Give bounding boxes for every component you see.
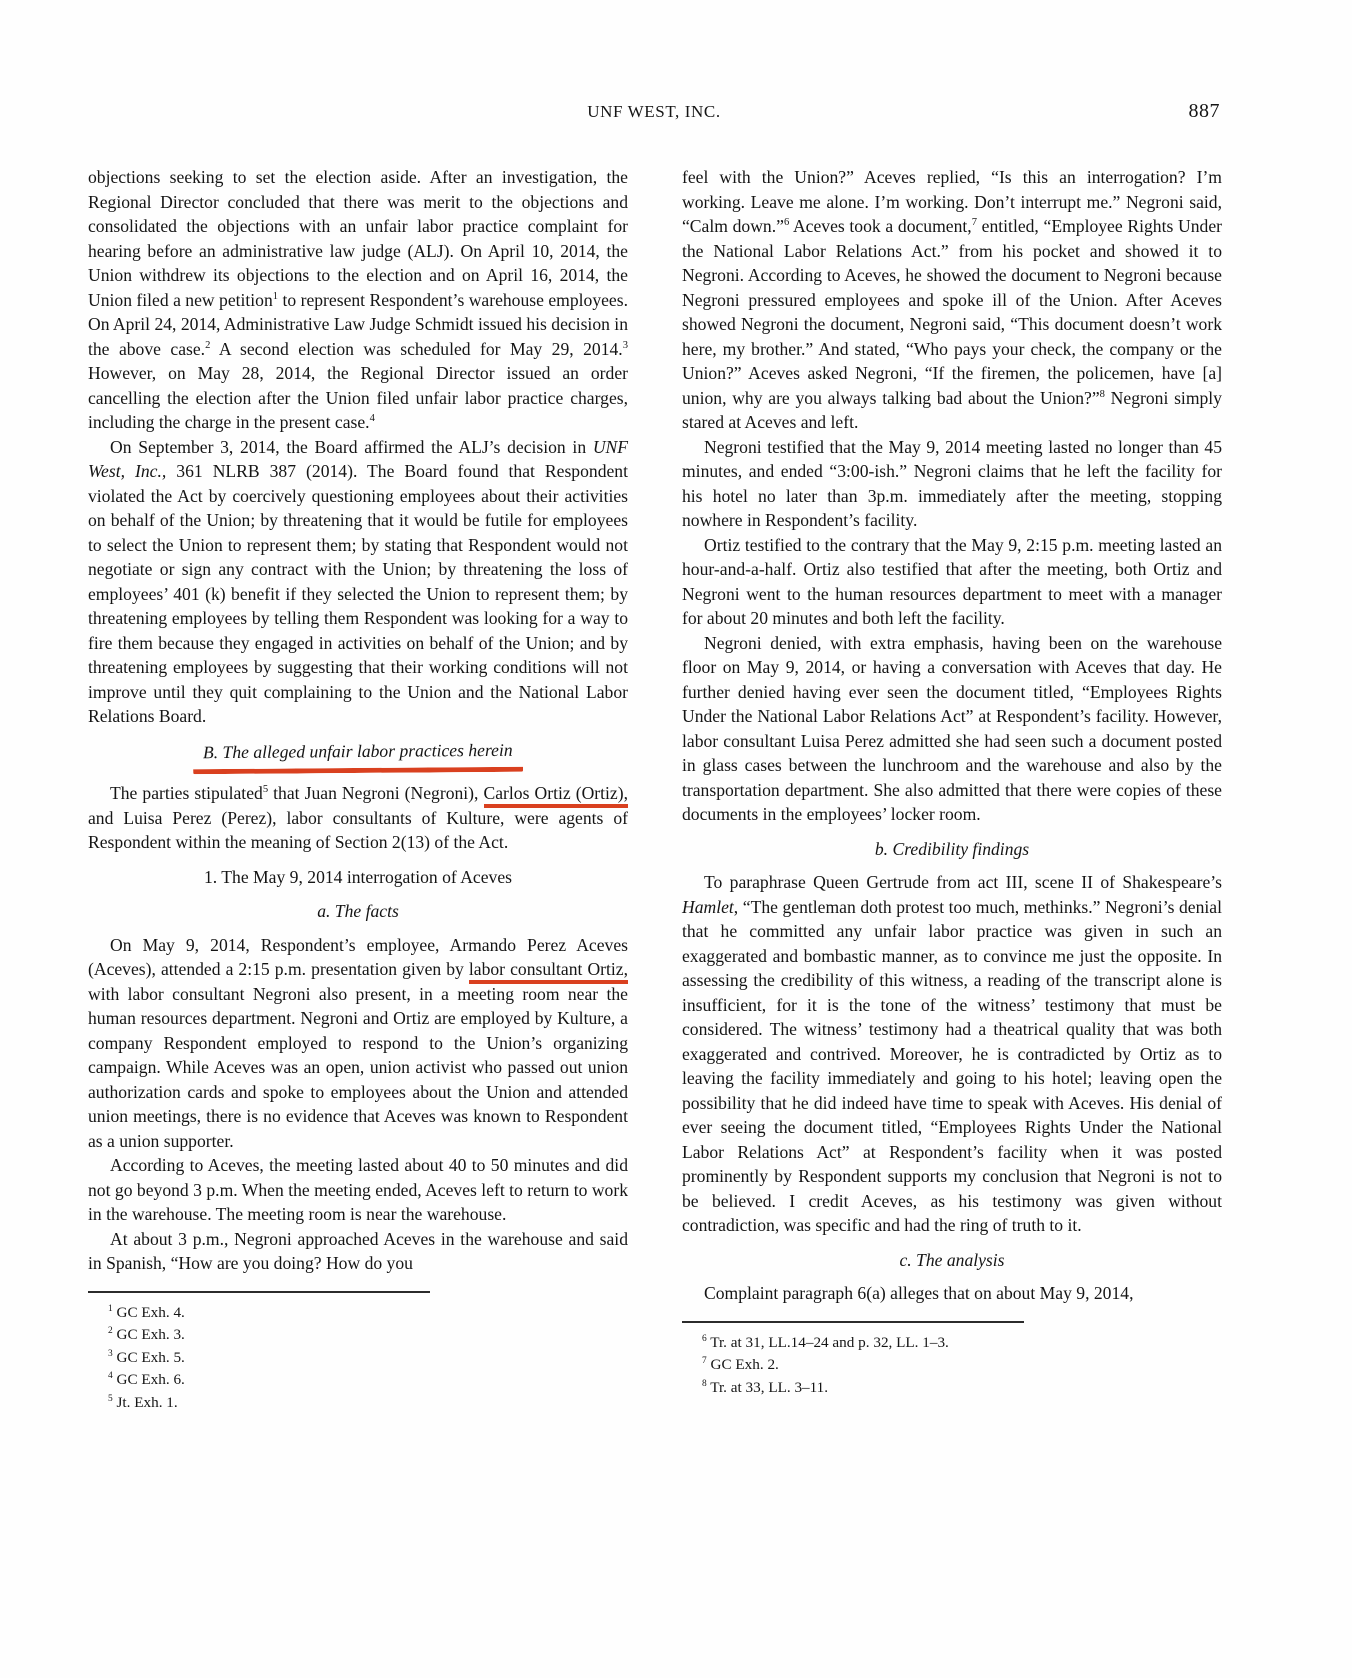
text-segment: To paraphrase Queen Gertrude from act II…: [704, 872, 1222, 892]
footnote-text: GC Exh. 2.: [707, 1356, 779, 1373]
footnote: 1 GC Exh. 4.: [88, 1302, 430, 1325]
subsection-heading-1: 1. The May 9, 2014 interrogation of Acev…: [88, 865, 628, 890]
text-segment: 1. The May 9, 2014 interrogation of Acev…: [204, 867, 512, 887]
text-segment: Ortiz testified to the contrary that the…: [682, 535, 1222, 629]
footnote: 7 GC Exh. 2.: [682, 1354, 1024, 1377]
footnote: 5 Jt. Exh. 1.: [88, 1392, 430, 1415]
heading-text: a. The facts: [313, 899, 403, 924]
footnote: 8 Tr. at 33, LL. 3–11.: [682, 1377, 1024, 1400]
footnote: 3 GC Exh. 5.: [88, 1347, 430, 1370]
text-segment: Negroni testified that the May 9, 2014 m…: [682, 437, 1222, 531]
footnote: 6 Tr. at 31, LL.14–24 and p. 32, LL. 1–3…: [682, 1332, 1024, 1355]
text-segment: , “The gentleman doth protest too much, …: [682, 897, 1222, 1236]
heading-text: c. The analysis: [895, 1248, 1008, 1273]
footnote: 4 GC Exh. 6.: [88, 1369, 430, 1392]
footnote: 2 GC Exh. 3.: [88, 1324, 430, 1347]
paragraph-may9-presentation: On May 9, 2014, Respondent’s employee, A…: [88, 933, 628, 1154]
footnote-text: Tr. at 31, LL.14–24 and p. 32, LL. 1–3.: [707, 1334, 949, 1351]
document-page: UNF WEST, INC. 887 objections seeking to…: [0, 0, 1352, 1678]
footnote-text: GC Exh. 3.: [113, 1326, 185, 1343]
text-segment: b. Credibility findings: [875, 839, 1029, 859]
footnotes-left: 1 GC Exh. 4.2 GC Exh. 3.3 GC Exh. 5.4 GC…: [88, 1291, 430, 1415]
text-segment: a. The facts: [317, 901, 399, 921]
text-segment: The parties stipulated: [110, 783, 263, 803]
running-header: UNF WEST, INC. 887: [88, 102, 1220, 122]
red-underlined-text: Carlos Ortiz (Ortiz),: [484, 783, 629, 808]
paragraph-board-affirmed: On September 3, 2014, the Board affirmed…: [88, 435, 628, 729]
running-header-title: UNF WEST, INC.: [587, 102, 720, 121]
right-column: feel with the Union?” Aceves replied, “I…: [682, 165, 1222, 1399]
text-segment: Hamlet: [682, 897, 734, 917]
footnote-text: Jt. Exh. 1.: [113, 1394, 178, 1411]
paragraph-3pm-approach: At about 3 p.m., Negroni approached Acev…: [88, 1227, 628, 1276]
page-number: 887: [1189, 100, 1221, 123]
footnote-text: GC Exh. 5.: [113, 1349, 185, 1366]
paragraph-stipulation: The parties stipulated5 that Juan Negron…: [88, 781, 628, 855]
paragraph-meeting-length: According to Aceves, the meeting lasted …: [88, 1153, 628, 1227]
paragraph-negroni-denial: Negroni denied, with extra emphasis, hav…: [682, 631, 1222, 827]
text-segment: According to Aceves, the meeting lasted …: [88, 1155, 628, 1224]
text-segment: 361 NLRB 387 (2014). The Board found tha…: [88, 461, 628, 726]
text-segment: and Luisa Perez (Perez), labor consultan…: [88, 808, 628, 853]
text-segment: On September 3, 2014, the Board affirmed…: [110, 437, 593, 457]
paragraph-complaint: Complaint paragraph 6(a) alleges that on…: [682, 1281, 1222, 1306]
text-segment: that Juan Negroni (Negroni),: [268, 783, 483, 803]
paragraph-credibility: To paraphrase Queen Gertrude from act II…: [682, 870, 1222, 1238]
subsection-heading-b: b. Credibility findings: [682, 837, 1222, 862]
text-segment: objections seeking to set the election a…: [88, 167, 628, 310]
footnote-text: Tr. at 33, LL. 3–11.: [707, 1379, 828, 1396]
heading-text: b. Credibility findings: [871, 837, 1033, 862]
subsection-heading-a: a. The facts: [88, 899, 628, 924]
footnotes-right: 6 Tr. at 31, LL.14–24 and p. 32, LL. 1–3…: [682, 1321, 1024, 1400]
text-segment: 3: [623, 340, 628, 351]
text-segment: Aceves took a document,: [789, 216, 971, 236]
text-segment: B. The alleged unfair labor practices he…: [203, 739, 513, 761]
red-underlined-text: labor consultant Ortiz,: [469, 959, 628, 984]
text-segment: entitled, “Employee Rights Under the Nat…: [682, 216, 1222, 408]
text-segment: Complaint paragraph 6(a) alleges that on…: [704, 1283, 1133, 1303]
text-segment: with labor consultant Negroni also prese…: [88, 984, 628, 1151]
text-segment: At about 3 p.m., Negroni approached Acev…: [88, 1229, 628, 1274]
subsection-heading-c: c. The analysis: [682, 1248, 1222, 1273]
footnote-text: GC Exh. 6.: [113, 1371, 185, 1388]
text-segment: A second election was scheduled for May …: [210, 339, 622, 359]
text-segment: Negroni denied, with extra emphasis, hav…: [682, 633, 1222, 825]
text-segment: However, on May 28, 2014, the Regional D…: [88, 363, 628, 432]
paragraph-negroni-testimony: Negroni testified that the May 9, 2014 m…: [682, 435, 1222, 533]
paragraph-ortiz-testimony: Ortiz testified to the contrary that the…: [682, 533, 1222, 631]
paragraph-continuation: objections seeking to set the election a…: [88, 165, 628, 435]
left-column: objections seeking to set the election a…: [88, 165, 628, 1414]
section-heading-b: B. The alleged unfair labor practices he…: [88, 739, 628, 773]
footnote-text: GC Exh. 4.: [113, 1304, 185, 1321]
heading-text: 1. The May 9, 2014 interrogation of Acev…: [200, 865, 516, 890]
paragraph-interrogation: feel with the Union?” Aceves replied, “I…: [682, 165, 1222, 435]
red-underlined-heading: B. The alleged unfair labor practices he…: [193, 737, 523, 773]
text-segment: 4: [370, 413, 375, 424]
text-segment: c. The analysis: [899, 1250, 1004, 1270]
